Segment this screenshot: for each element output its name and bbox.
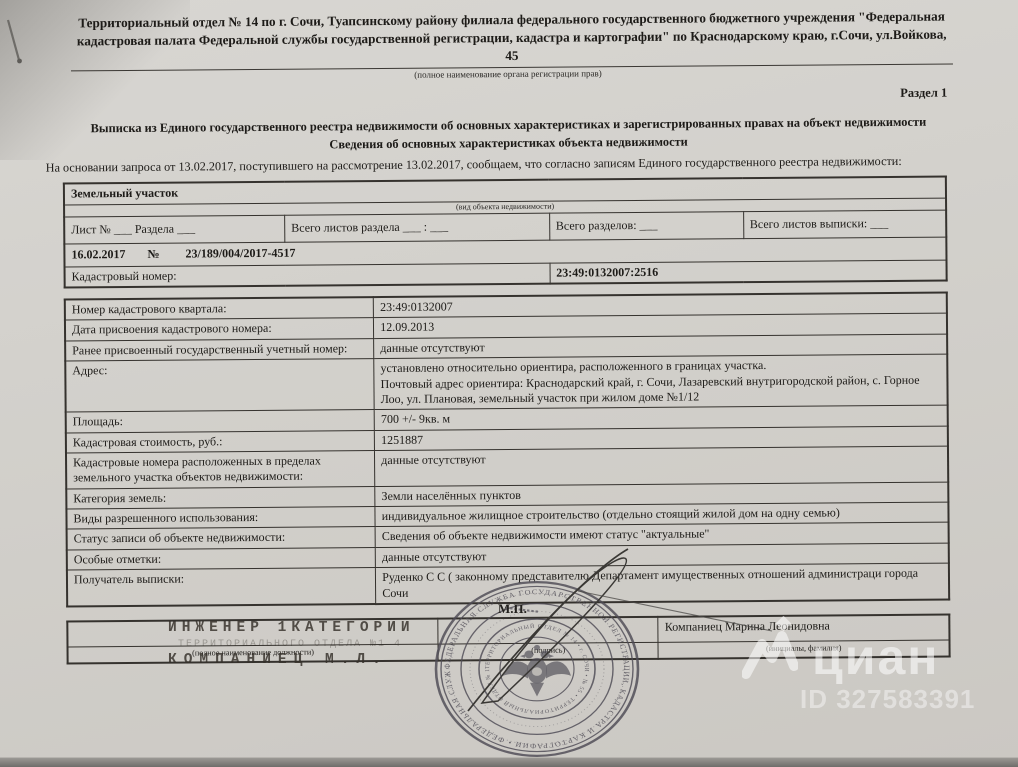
section-label: Раздел 1 — [0, 86, 947, 108]
field-label: Адрес: — [65, 359, 374, 413]
field-label: Виды разрешенного использования: — [66, 507, 375, 530]
registration-authority-name: Территориальный отдел № 14 по г. Сочи, Т… — [71, 8, 953, 72]
sheet-cell: Всего листов выписки: ___ — [743, 210, 946, 239]
field-value: 23:49:0132007:2516 — [550, 260, 947, 284]
registration-date: 16.02.2017 — [71, 247, 125, 261]
field-label: Дата присвоения кадастрового номера: — [65, 318, 374, 341]
number-sign: № — [147, 247, 159, 262]
field-label: Номер кадастрового квартала: — [65, 297, 374, 320]
cian-logo-icon — [742, 616, 798, 680]
field-value: установлено относительно ориентира, расп… — [374, 354, 948, 410]
registration-number: 23/189/004/2017-4517 — [185, 246, 295, 261]
field-label: Ранее присвоенный государственный учетны… — [65, 338, 374, 361]
field-label: Площадь: — [66, 410, 375, 433]
field-value: данные отсутствуют — [375, 446, 949, 486]
sheet-cell: Лист № ___ Раздела ___ — [64, 215, 285, 244]
table-row: Адрес:установлено относительно ориентира… — [65, 354, 947, 412]
cian-watermark: циан ID 327583391 — [742, 616, 975, 715]
field-label: Получатель выписки: — [67, 568, 376, 607]
field-label: Кадастровый номер: — [65, 263, 550, 288]
document-subtitle: Сведения об основных характеристиках объ… — [40, 133, 978, 155]
object-header-table: Земельный участок (вид объекта недвижимо… — [63, 176, 948, 289]
cian-brand-text: циан — [812, 635, 939, 680]
staple-icon — [2, 14, 42, 74]
field-label: Кадастровая стоимость, руб.: — [66, 430, 375, 453]
field-label: Статус записи об объекте недвижимости: — [67, 527, 376, 550]
sheet-cell: Всего листов раздела ___ : ___ — [285, 213, 550, 242]
watermark-id: ID 327583391 — [800, 684, 975, 715]
sheet-cell: Всего разделов: ___ — [549, 212, 743, 241]
field-label: Категория земель: — [66, 486, 375, 509]
request-line: На основании запроса от 13.02.2017, пост… — [46, 154, 954, 176]
scanned-document-page: Территориальный отдел № 14 по г. Сочи, Т… — [0, 0, 1018, 767]
field-label: Особые отметки: — [67, 547, 376, 570]
field-label: Кадастровые номера расположенных в преде… — [66, 451, 375, 489]
